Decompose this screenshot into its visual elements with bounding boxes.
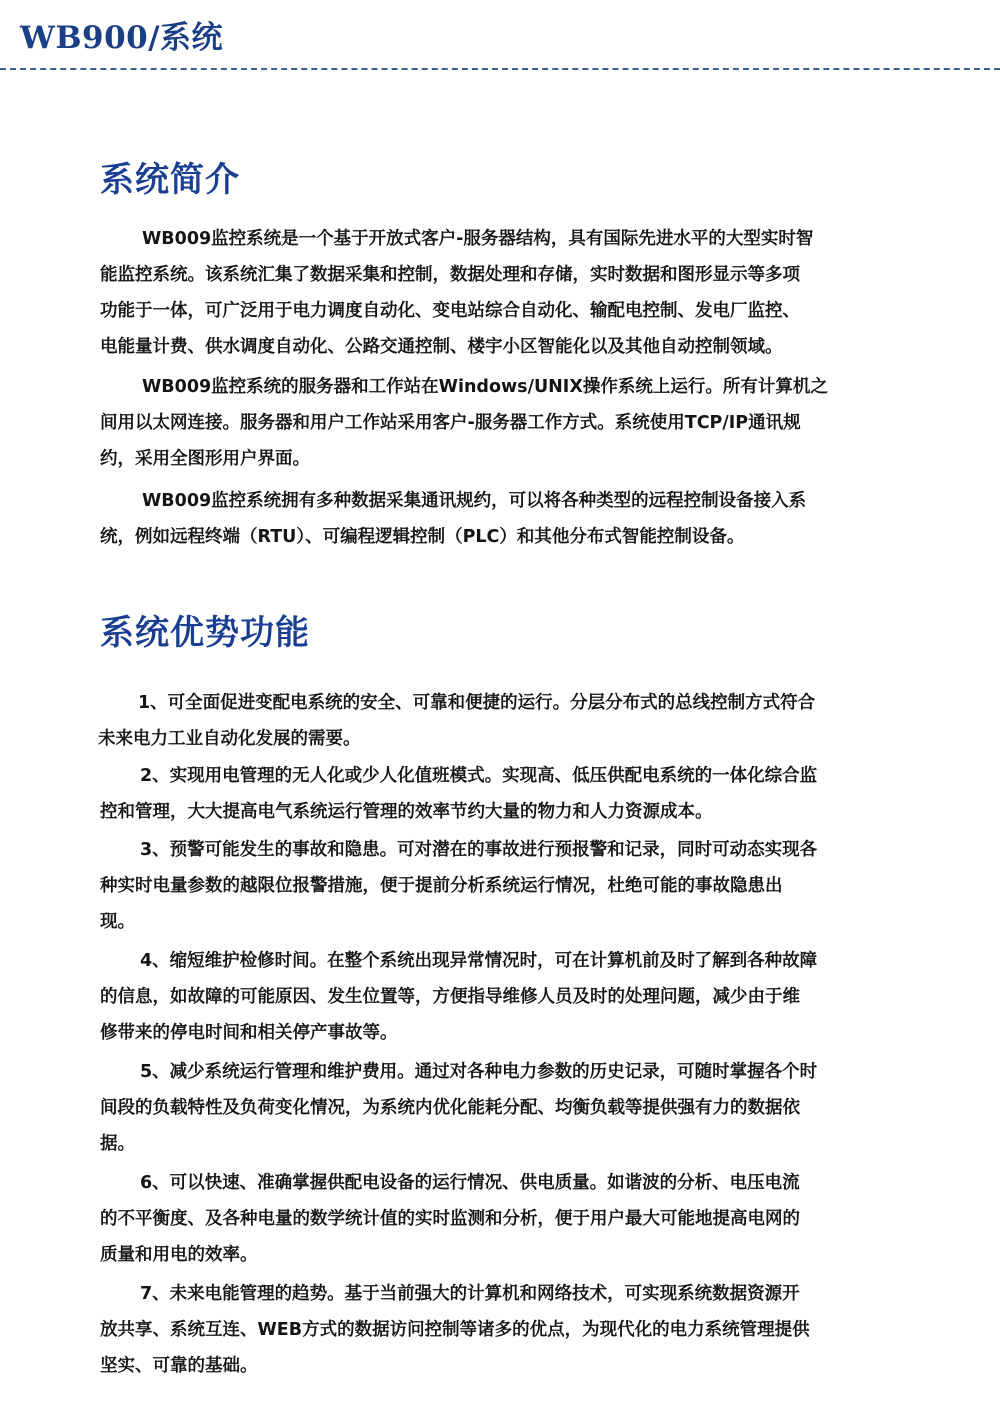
- text-line: 种实时电量参数的越限位报警措施，便于提前分析系统运行情况，杜绝可能的事故隐患出: [100, 868, 960, 904]
- text-line: 修带来的停电时间和相关停产事故等。: [100, 1015, 960, 1051]
- text-line: 电能量计费、供水调度自动化、公路交通控制、楼宇小区智能化以及其他自动控制领域。: [100, 329, 960, 365]
- text-line: 5、减少系统运行管理和维护费用。通过对各种电力参数的历史记录，可随时掌握各个时: [100, 1054, 960, 1090]
- text-line: 统，例如远程终端（RTU）、可编程逻辑控制（PLC）和其他分布式智能控制设备。: [100, 519, 960, 555]
- header-dashed-divider: [0, 68, 1000, 70]
- text-line: 质量和用电的效率。: [100, 1237, 960, 1273]
- text-line: 7、未来电能管理的趋势。基于当前强大的计算机和网络技术，可实现系统数据资源开: [100, 1276, 960, 1312]
- section-title-advantages: 系统优势功能: [100, 613, 310, 653]
- advantage-item-5: 5、减少系统运行管理和维护费用。通过对各种电力参数的历史记录，可随时掌握各个时 …: [100, 1054, 960, 1162]
- text-line: 3、预警可能发生的事故和隐患。可对潜在的事故进行预报警和记录，同时可动态实现各: [100, 832, 960, 868]
- text-line: WB009监控系统的服务器和工作站在Windows/UNIX操作系统上运行。所有…: [100, 369, 960, 405]
- text-line: 6、可以快速、准确掌握供配电设备的运行情况、供电质量。如谐波的分析、电压电流: [100, 1165, 960, 1201]
- intro-paragraph-3: WB009监控系统拥有多种数据采集通讯规约，可以将各种类型的远程控制设备接入系 …: [100, 483, 960, 555]
- text-line: 的不平衡度、及各种电量的数学统计值的实时监测和分析，便于用户最大可能地提高电网的: [100, 1201, 960, 1237]
- advantage-item-6: 6、可以快速、准确掌握供配电设备的运行情况、供电质量。如谐波的分析、电压电流 的…: [100, 1165, 960, 1273]
- intro-paragraph-2: WB009监控系统的服务器和工作站在Windows/UNIX操作系统上运行。所有…: [100, 369, 960, 477]
- text-line: 间用以太网连接。服务器和用户工作站采用客户-服务器工作方式。系统使用TCP/IP…: [100, 405, 960, 441]
- text-line: WB009监控系统是一个基于开放式客户-服务器结构，具有国际先进水平的大型实时智: [100, 221, 960, 257]
- intro-paragraph-1: WB009监控系统是一个基于开放式客户-服务器结构，具有国际先进水平的大型实时智…: [100, 221, 960, 365]
- text-line: 现。: [100, 904, 960, 940]
- text-line: 的信息，如故障的可能原因、发生位置等，方便指导维修人员及时的处理问题，减少由于维: [100, 979, 960, 1015]
- advantage-item-4: 4、缩短维护检修时间。在整个系统出现异常情况时，可在计算机前及时了解到各种故障 …: [100, 943, 960, 1051]
- text-line: WB009监控系统拥有多种数据采集通讯规约，可以将各种类型的远程控制设备接入系: [100, 483, 960, 519]
- text-line: 2、实现用电管理的无人化或少人化值班模式。实现高、低压供配电系统的一体化综合监: [100, 758, 960, 794]
- text-line: 未来电力工业自动化发展的需要。: [98, 721, 958, 757]
- text-line: 能监控系统。该系统汇集了数据采集和控制，数据处理和存储，实时数据和图形显示等多项: [100, 257, 960, 293]
- document-header-title: WB900/系统: [20, 20, 223, 56]
- advantage-item-3: 3、预警可能发生的事故和隐患。可对潜在的事故进行预报警和记录，同时可动态实现各 …: [100, 832, 960, 940]
- text-line: 据。: [100, 1126, 960, 1162]
- advantage-item-7: 7、未来电能管理的趋势。基于当前强大的计算机和网络技术，可实现系统数据资源开 放…: [100, 1276, 960, 1384]
- text-line: 1、可全面促进变配电系统的安全、可靠和便捷的运行。分层分布式的总线控制方式符合: [98, 685, 958, 721]
- text-line: 控和管理，大大提高电气系统运行管理的效率节约大量的物力和人力资源成本。: [100, 794, 960, 830]
- section-title-intro: 系统简介: [100, 160, 240, 200]
- text-line: 放共享、系统互连、WEB方式的数据访问控制等诸多的优点，为现代化的电力系统管理提…: [100, 1312, 960, 1348]
- text-line: 间段的负载特性及负荷变化情况，为系统内优化能耗分配、均衡负载等提供强有力的数据依: [100, 1090, 960, 1126]
- advantage-item-1: 1、可全面促进变配电系统的安全、可靠和便捷的运行。分层分布式的总线控制方式符合 …: [98, 685, 958, 757]
- advantage-item-2: 2、实现用电管理的无人化或少人化值班模式。实现高、低压供配电系统的一体化综合监 …: [100, 758, 960, 830]
- text-line: 坚实、可靠的基础。: [100, 1348, 960, 1384]
- text-line: 4、缩短维护检修时间。在整个系统出现异常情况时，可在计算机前及时了解到各种故障: [100, 943, 960, 979]
- text-line: 约，采用全图形用户界面。: [100, 441, 960, 477]
- text-line: 功能于一体，可广泛用于电力调度自动化、变电站综合自动化、输配电控制、发电厂监控、: [100, 293, 960, 329]
